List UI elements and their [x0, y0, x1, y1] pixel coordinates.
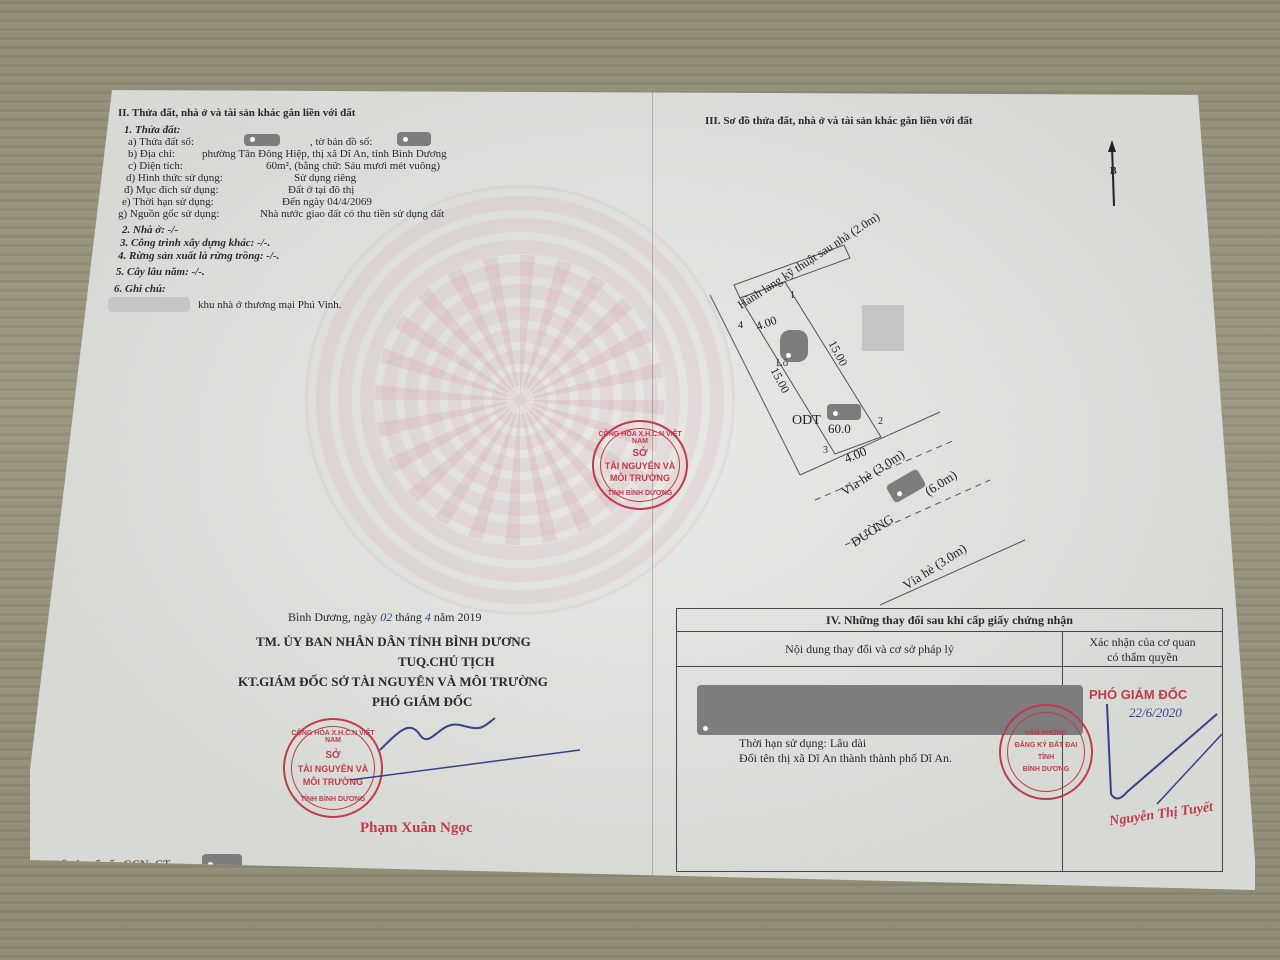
office-stamp-line-4: BÌNH DƯƠNG [1001, 766, 1091, 773]
issue-month: 4 [425, 610, 431, 624]
left-signature-scribble [330, 700, 590, 780]
authority-line-1: TM. ỦY BAN NHÂN DÂN TỈNH BÌNH DƯƠNG [256, 636, 531, 648]
other-construction-section: 3. Công trình xây dựng khác: -/-. [120, 237, 270, 249]
confirm-title: PHÓ GIÁM ĐỐC [1089, 689, 1187, 701]
usage-term-label: e) Thời hạn sử dụng: [122, 196, 214, 208]
map-sheet-label: , tờ bản đồ số: [310, 136, 372, 148]
perennial-trees-section: 5. Cây lâu năm: -/-. [116, 266, 205, 278]
changes-table: IV. Những thay đổi sau khi cấp giấy chứn… [676, 608, 1223, 872]
col2-header-line-1: Xác nhận của cơ quan [1063, 635, 1222, 650]
address-value: phường Tân Đông Hiệp, thị xã Dĩ An, tỉnh… [202, 148, 447, 160]
year-label: năm 2019 [434, 610, 482, 624]
usage-purpose-label: đ) Mục đích sử dụng: [124, 184, 219, 196]
col2-header-line-2: có thẩm quyền [1063, 650, 1222, 665]
place-date-label: Bình Dương, ngày [288, 610, 377, 624]
changes-col1-header: Nội dung thay đổi và cơ sở pháp lý [677, 632, 1063, 667]
usage-term-value: Đến ngày 04/4/2069 [282, 196, 372, 208]
note-text: khu nhà ở thương mại Phú Vinh. [198, 299, 342, 311]
office-stamp-line-2: ĐĂNG KÝ ĐẤT ĐAI [1001, 742, 1091, 749]
issue-day: 02 [380, 610, 392, 624]
changes-table-title: IV. Những thay đổi sau khi cấp giấy chứn… [677, 609, 1222, 632]
forest-section: 4. Rừng sản xuất là rừng trồng: -/-. [118, 250, 279, 262]
section-ii-title: II. Thửa đất, nhà ở và tài sản khác gắn … [118, 107, 355, 119]
section-iii-title: III. Sơ đồ thửa đất, nhà ở và tài sản kh… [705, 115, 973, 127]
stamp-bottom-text: TỈNH BÌNH DƯƠNG [285, 796, 381, 803]
redacted-note [108, 297, 190, 312]
notes-section: 6. Ghi chú: [114, 283, 166, 295]
changes-col2-header: Xác nhận của cơ quan có thẩm quyền [1063, 632, 1222, 667]
issue-date: Bình Dương, ngày 02 tháng 4 năm 2019 [288, 611, 482, 623]
area-label-diagram: 60.0 [828, 421, 851, 437]
redacted-map-sheet [397, 132, 431, 146]
change-line-1: Thời hạn sử dụng: Lâu dài [739, 737, 866, 749]
area-label: c) Diện tích: [128, 160, 183, 172]
corner-4: 4 [738, 320, 743, 331]
redacted-neighbor [862, 305, 904, 351]
redacted-land-type-suffix [827, 404, 861, 420]
corner-2: 2 [878, 416, 883, 427]
origin-value: Nhà nước giao đất có thu tiền sử dụng đấ… [260, 208, 444, 220]
office-stamp-line-1: VĂN PHÒNG [1001, 730, 1091, 737]
usage-form-value: Sử dụng riêng [294, 172, 356, 184]
left-signer-name: Phạm Xuân Ngọc [360, 820, 473, 837]
authority-line-2: TUQ.CHỦ TỊCH [398, 656, 495, 668]
north-label: B [1110, 166, 1117, 178]
redacted-plot-number [244, 134, 280, 146]
land-registration-office-stamp: VĂN PHÒNG ĐĂNG KÝ ĐẤT ĐAI TỈNH BÌNH DƯƠN… [999, 704, 1093, 800]
land-type-label: ODT [792, 413, 821, 429]
origin-label: g) Nguồn gốc sử dụng: [118, 208, 219, 220]
certificate-paper: II. Thửa đất, nhà ở và tài sản khác gắn … [30, 90, 1255, 890]
corner-1: 1 [790, 290, 795, 301]
address-label: b) Địa chỉ: [128, 148, 175, 160]
authority-line-3: KT.GIÁM ĐỐC SỞ TÀI NGUYÊN VÀ MÔI TRƯỜNG [238, 676, 548, 688]
house-section: 2. Nhà ở: -/- [122, 224, 178, 236]
right-signature-scribble [1097, 704, 1227, 814]
office-stamp-line-3: TỈNH [1001, 754, 1091, 761]
registry-number-label: Số vào sổ cấp GCN: CT [54, 858, 170, 870]
redacted-registry-number [202, 854, 242, 871]
area-value: 60m², (bằng chữ: Sáu mươi mét vuông) [266, 160, 440, 172]
plot-number-label: a) Thửa đất số: [128, 136, 194, 148]
land-plot-heading: 1. Thửa đất: [124, 124, 180, 136]
lot-label: Lô [776, 357, 788, 369]
month-label: tháng [395, 610, 422, 624]
change-line-2: Đổi tên thị xã Dĩ An thành thành phố Dĩ … [739, 752, 952, 764]
usage-form-label: d) Hình thức sử dụng: [126, 172, 223, 184]
usage-purpose-value: Đất ở tại đô thị [288, 184, 354, 196]
corner-3: 3 [823, 445, 828, 456]
